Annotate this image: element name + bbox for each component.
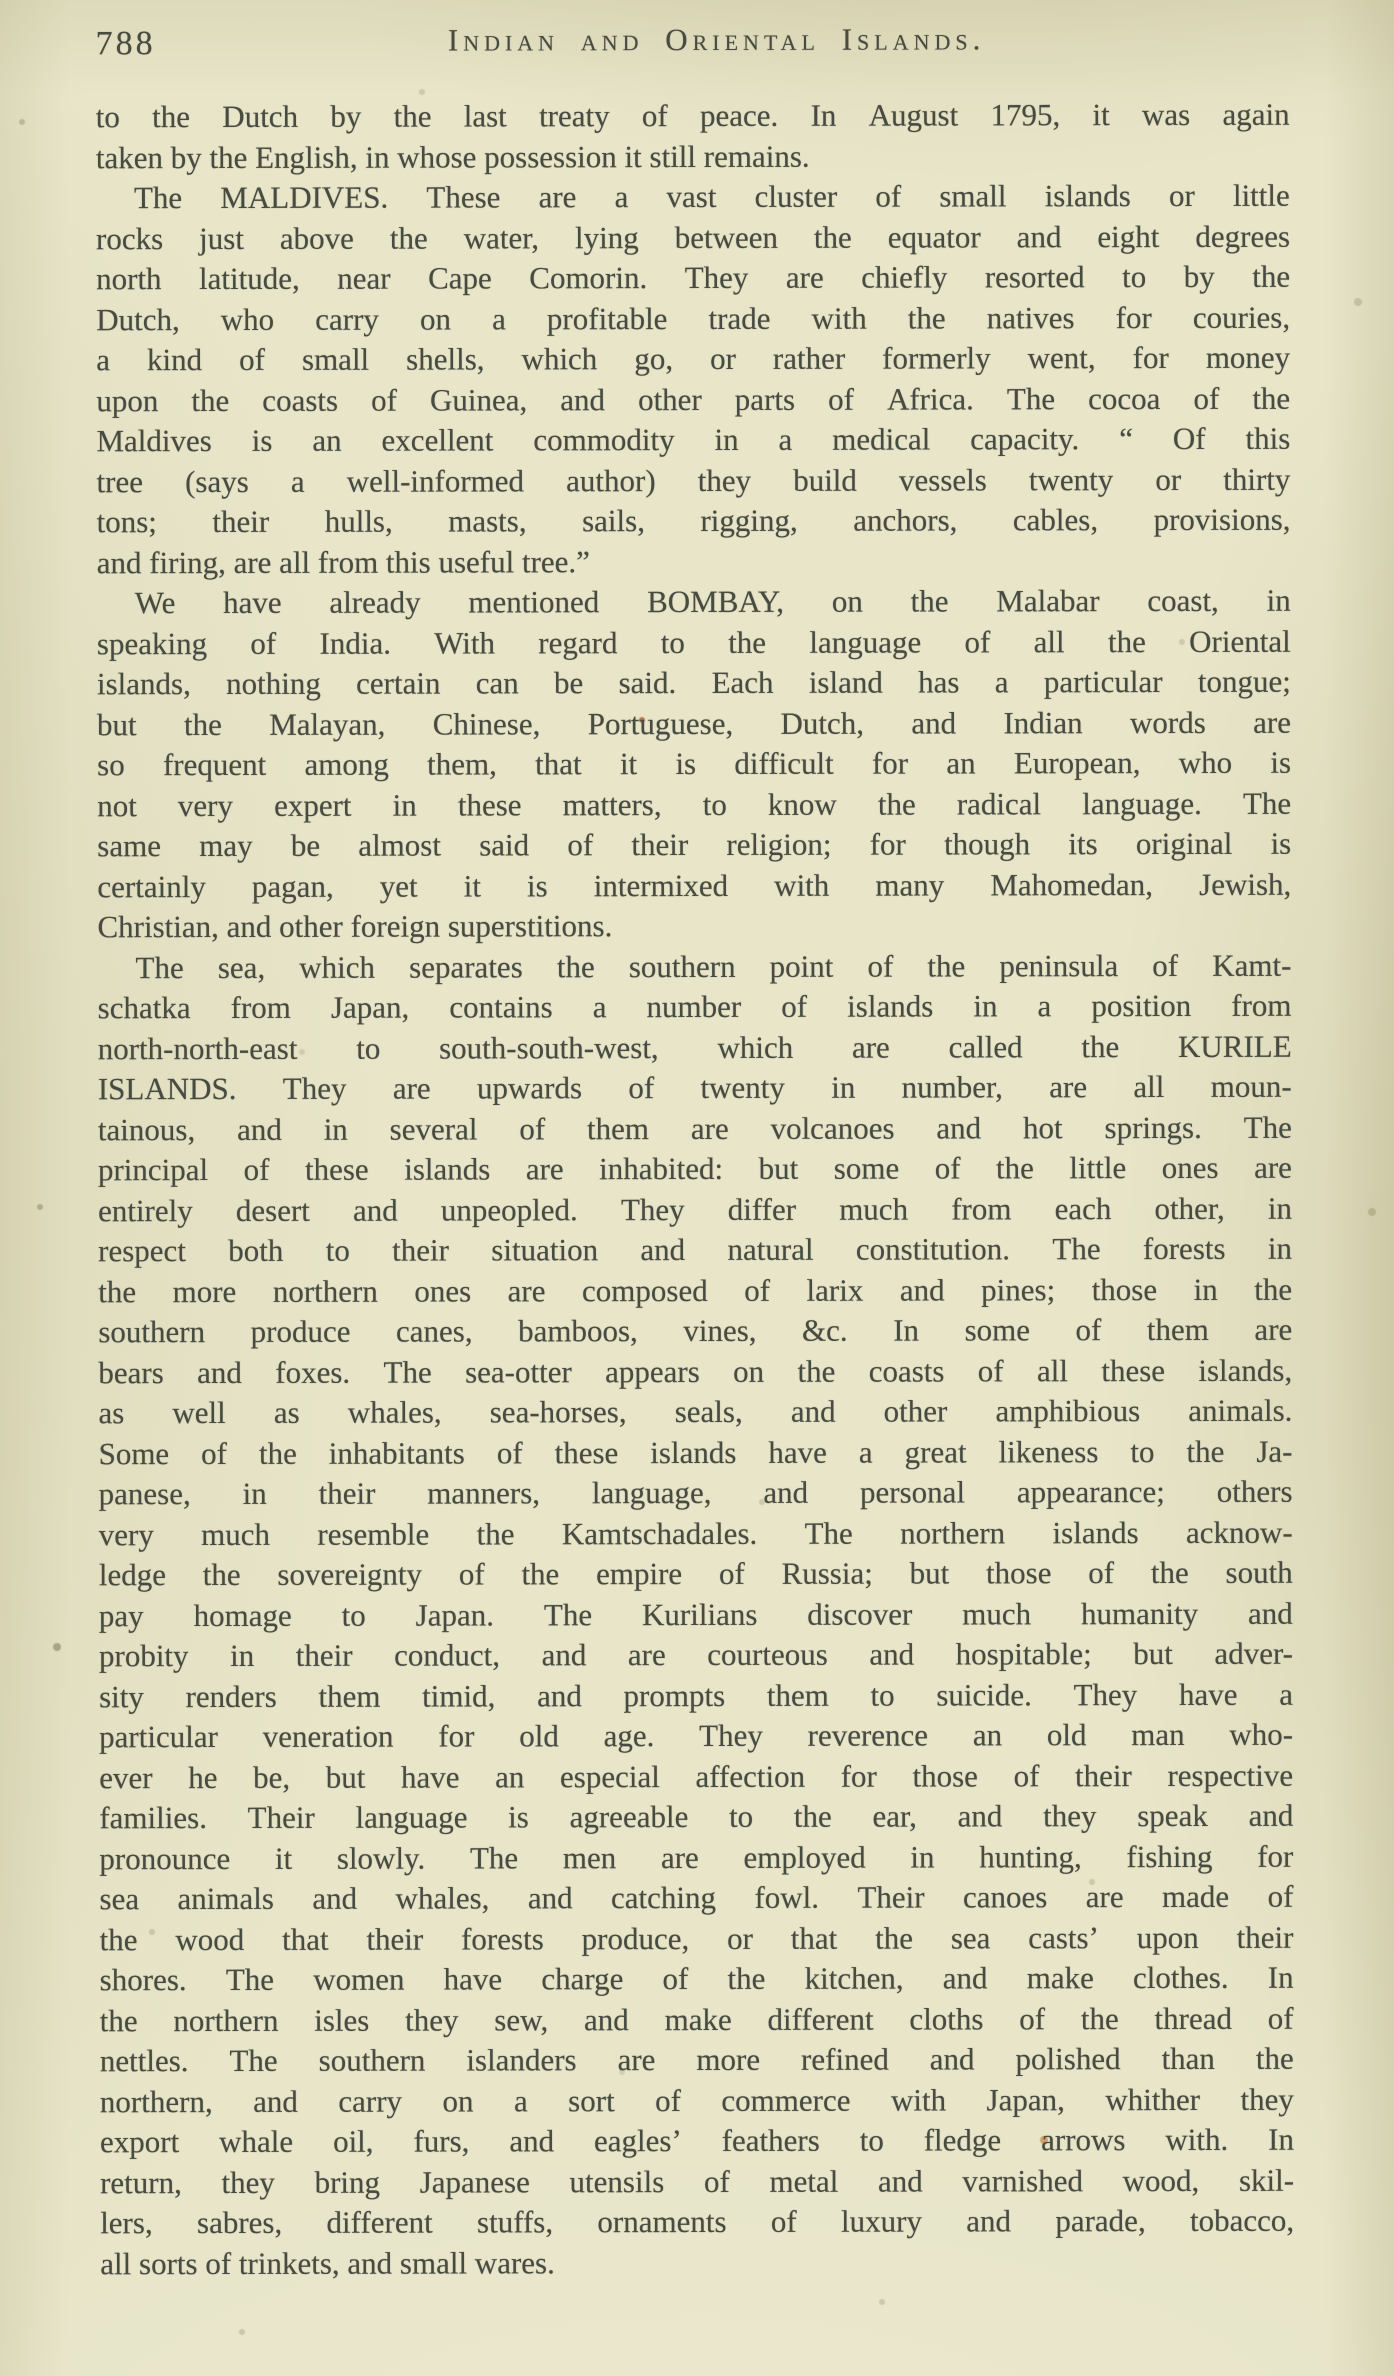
word: export	[100, 2122, 179, 2163]
word: speak	[1137, 1796, 1208, 1837]
word: The	[229, 2041, 277, 2082]
word: though	[944, 824, 1030, 865]
word: and	[353, 1190, 398, 1231]
text-line: return,theybringJapaneseutensilsofmetala…	[100, 2160, 1294, 2203]
word: Japan.	[416, 1595, 494, 1636]
word: their	[212, 502, 269, 543]
word: or	[727, 1918, 753, 1959]
word: ever	[99, 1758, 152, 1799]
word: adver-	[1214, 1634, 1293, 1675]
word: Jewish,	[1199, 864, 1291, 905]
word: pagan,	[252, 866, 334, 907]
word: certainly	[97, 867, 206, 908]
word: springs.	[1104, 1107, 1201, 1148]
word: kitchen,	[805, 1959, 904, 2000]
word: inhabitants	[329, 1433, 465, 1474]
word: their	[296, 1636, 353, 1677]
text-line: aswellaswhales,sea-horses,seals,andother…	[98, 1391, 1292, 1434]
word: moun-	[1211, 1067, 1292, 1108]
word: small	[939, 176, 1006, 217]
word: intermixed	[594, 865, 728, 906]
word: small	[302, 340, 369, 381]
word: composed	[582, 1270, 708, 1311]
word: European,	[1014, 743, 1141, 784]
word: of	[642, 96, 668, 137]
word: a	[291, 461, 305, 502]
word: are	[786, 258, 824, 299]
word: more	[173, 1271, 237, 1312]
word: appearance;	[1017, 1472, 1165, 1513]
word: of	[1268, 1877, 1294, 1918]
word: Of	[1173, 419, 1206, 460]
word: north-north-east	[98, 1028, 298, 1069]
page-content: 788 Indian and Oriental Islands. totheDu…	[0, 0, 1394, 2376]
word: their	[392, 1231, 449, 1272]
word: that	[791, 1918, 838, 1959]
word: great	[905, 1432, 967, 1473]
word: amphibious	[995, 1391, 1140, 1432]
word: Cape	[428, 258, 492, 299]
word: northern,	[100, 2082, 213, 2123]
word: radical	[957, 784, 1041, 825]
word: pay	[99, 1596, 144, 1637]
word: forests	[461, 1919, 544, 1960]
word: northern	[173, 2000, 278, 2041]
word: Japanese	[420, 2162, 530, 2203]
word: money	[1206, 338, 1290, 379]
word: is	[1271, 824, 1292, 865]
word: the	[814, 217, 852, 258]
word: much	[962, 1594, 1031, 1635]
word: shores.	[100, 1960, 187, 2001]
word: carry	[315, 299, 379, 340]
word: they	[1240, 2079, 1293, 2120]
word: a	[96, 340, 110, 381]
word: lers,	[100, 2203, 153, 2244]
word: is	[508, 1797, 529, 1838]
word: regard	[538, 623, 617, 664]
word: Malayan,	[269, 704, 385, 745]
word: those	[1092, 1270, 1158, 1311]
word: said	[479, 825, 529, 866]
word: the	[1254, 1269, 1292, 1310]
word: the	[927, 946, 965, 987]
word: discover	[807, 1594, 912, 1635]
word: formerly	[882, 338, 991, 379]
word: may	[199, 826, 252, 867]
word: it	[464, 866, 481, 907]
word: Their	[857, 1878, 924, 1919]
word: of	[704, 2161, 730, 2202]
word: the	[911, 581, 949, 622]
word: These	[426, 177, 500, 218]
word: and	[509, 2121, 554, 2162]
word: but	[97, 705, 137, 746]
word: of	[1193, 378, 1219, 419]
word: Ja-	[1256, 1431, 1292, 1472]
word: the	[1186, 1431, 1224, 1472]
text-line: Thesea,whichseparatesthesouthernpointoft…	[97, 945, 1291, 988]
word: islands	[847, 987, 933, 1028]
word: parade,	[1055, 2201, 1145, 2242]
word: and	[640, 1230, 685, 1271]
word: position	[1091, 986, 1191, 1027]
word: of	[1014, 1756, 1040, 1797]
word: lying	[575, 218, 639, 259]
word: much	[839, 1189, 908, 1230]
word: situation	[491, 1230, 598, 1271]
word: of	[519, 1109, 545, 1150]
word: little	[1233, 176, 1290, 217]
word: the	[100, 2001, 138, 2042]
word: Comorin.	[529, 258, 647, 299]
word: the	[1081, 1999, 1119, 2040]
word: and	[958, 1796, 1003, 1837]
word: of	[1019, 1999, 1045, 2040]
word: water,	[464, 218, 539, 259]
word: an	[312, 421, 341, 462]
word: all	[1034, 622, 1065, 663]
word: Indian	[1003, 703, 1082, 744]
word: in	[1268, 1188, 1292, 1229]
word: and	[878, 2161, 923, 2202]
word: have	[401, 1757, 460, 1798]
word: Russia;	[782, 1554, 873, 1595]
text-line: lers,sabres,differentstuffs,ornamentsofl…	[100, 2201, 1294, 2244]
text-line: buttheMalayan,Chinese,Portuguese,Dutch,a…	[97, 702, 1291, 745]
word: not	[97, 786, 137, 827]
word: peninsula	[999, 946, 1118, 987]
word: Guinea,	[430, 380, 527, 421]
word: man	[1131, 1715, 1184, 1756]
word: schatka	[98, 988, 191, 1029]
word: religion;	[726, 825, 831, 866]
text-line: shores.Thewomenhavechargeofthekitchen,an…	[100, 1958, 1294, 2001]
word: bamboos,	[518, 1311, 638, 1352]
word: pronounce	[99, 1838, 230, 1879]
word: profitable	[547, 299, 668, 340]
word: sea	[99, 1879, 139, 1920]
text-line: sityrendersthemtimid,andpromptsthemtosui…	[99, 1674, 1293, 1717]
word: and	[791, 1392, 836, 1433]
word: of	[371, 380, 397, 421]
word: and	[537, 1676, 582, 1717]
text-line: WehavealreadymentionedBOMBAY,ontheMalaba…	[97, 581, 1291, 624]
word: to	[703, 784, 727, 825]
word: from	[1231, 986, 1291, 1027]
text-line: northlatitude,nearCapeComorin.Theyarechi…	[96, 257, 1290, 300]
word: treaty	[539, 96, 610, 137]
word: In	[893, 1311, 919, 1352]
word: seals,	[675, 1392, 743, 1433]
word: sea,	[218, 947, 265, 988]
word: they	[221, 2162, 274, 2203]
word: for	[1116, 298, 1152, 339]
word: and	[560, 380, 605, 421]
word: all	[1037, 1351, 1068, 1392]
word: and	[943, 1958, 988, 1999]
word: the	[1108, 622, 1146, 663]
word: the	[908, 298, 946, 339]
word: anchors,	[853, 500, 957, 541]
word: an	[495, 1757, 524, 1798]
word: hulls,	[325, 502, 393, 543]
word: India.	[319, 623, 391, 664]
word: between	[675, 217, 778, 258]
word: couries,	[1193, 297, 1290, 338]
word: MALDIVES.	[220, 178, 388, 219]
word: near	[337, 259, 390, 300]
word: oil,	[333, 2122, 374, 2163]
word: Oriental	[1189, 621, 1291, 662]
word: islands,	[1198, 1350, 1292, 1391]
word: words	[1130, 702, 1206, 743]
word: medical	[832, 420, 930, 461]
word: matters,	[563, 785, 662, 826]
word: or	[1155, 459, 1181, 500]
word: resemble	[317, 1514, 429, 1555]
word: particular	[1044, 662, 1163, 703]
word: north	[96, 259, 162, 300]
word: Kamtschadales.	[562, 1513, 757, 1554]
word: in	[324, 1109, 348, 1150]
word: northern	[273, 1271, 378, 1312]
word: Dutch,	[780, 703, 864, 744]
word: each	[1055, 1189, 1112, 1230]
word: vast	[666, 177, 716, 218]
word: degrees	[1195, 216, 1290, 257]
word: the	[521, 1554, 559, 1595]
word: sovereignty	[277, 1555, 422, 1596]
word: luxury	[841, 2202, 922, 2243]
word: the	[1252, 378, 1290, 419]
word: whales,	[395, 1878, 489, 1919]
word: is	[252, 421, 273, 462]
word: these	[555, 1433, 619, 1474]
word: and	[966, 2201, 1011, 2242]
word: them	[318, 1676, 380, 1717]
word: veneration	[263, 1717, 394, 1758]
word: islands	[404, 1149, 490, 1190]
word: called	[949, 1027, 1023, 1068]
word: of	[655, 2081, 681, 2122]
text-line: northern,andcarryonasortofcommercewithJa…	[100, 2079, 1294, 2122]
word: are	[628, 1635, 666, 1676]
word: are	[1254, 1148, 1292, 1189]
word: return,	[100, 2163, 182, 2204]
word: was	[1142, 95, 1190, 136]
word: humanity	[1081, 1593, 1198, 1634]
word: tree	[96, 462, 143, 503]
word: inhabited:	[599, 1149, 723, 1190]
word: nothing	[226, 664, 321, 705]
text-line: thewoodthattheirforestsproduce,orthatthe…	[100, 1917, 1294, 1960]
word: who	[1179, 743, 1232, 784]
word: for	[438, 1716, 474, 1757]
word: likeness	[998, 1432, 1098, 1473]
text-line: principaloftheseislandsareinhabited:buts…	[98, 1148, 1292, 1191]
word: the	[996, 1148, 1034, 1189]
word: old	[1047, 1715, 1087, 1756]
text-line: payhomagetoJapan.TheKuriliansdiscovermuc…	[99, 1593, 1293, 1636]
text-line: Someoftheinhabitantsoftheseislandshaveag…	[99, 1431, 1293, 1474]
word: language	[809, 622, 921, 663]
word: ones	[414, 1271, 471, 1312]
word: different	[767, 1999, 873, 2040]
word: to	[860, 2121, 884, 2162]
word: Dutch,	[96, 300, 180, 341]
text-line: pronounceitslowly.Themenareemployedinhun…	[99, 1836, 1293, 1879]
word: on	[733, 1351, 764, 1392]
word: respective	[1167, 1755, 1293, 1796]
word: capacity.	[970, 419, 1079, 460]
text-line: TheMALDIVES.Theseareavastclusterofsmalli…	[96, 176, 1290, 219]
word: KURILE	[1178, 1026, 1292, 1067]
word: tongue;	[1198, 662, 1291, 703]
word: The	[805, 1513, 853, 1554]
word: expert	[274, 785, 352, 826]
word: with.	[1165, 2120, 1228, 2161]
word: In	[1268, 2120, 1294, 2161]
word: of	[1075, 1310, 1101, 1351]
text-line: Christian, and other foreign superstitio…	[97, 905, 1291, 948]
word: panese,	[99, 1474, 191, 1515]
word: is	[1270, 743, 1291, 784]
text-line: exportwhaleoil,furs,andeagles’feathersto…	[100, 2120, 1294, 2163]
word: its	[1068, 824, 1097, 865]
text-line: uponthecoastsofGuinea,andotherpartsofAfr…	[96, 378, 1290, 421]
word: and	[237, 1109, 282, 1150]
text-line: rocksjustabovethewater,lyingbetweentheeq…	[96, 216, 1290, 259]
word: varnished	[962, 2161, 1083, 2202]
word: unpeopled.	[441, 1190, 578, 1231]
word: volcanoes	[771, 1108, 895, 1149]
word: their	[319, 1474, 376, 1515]
word: are	[508, 1271, 546, 1312]
word: homage	[194, 1595, 292, 1636]
word: August	[869, 95, 959, 136]
word: they	[698, 460, 751, 501]
text-line: nettles.Thesouthernislandersaremorerefin…	[100, 2039, 1294, 2082]
word: all	[1133, 1067, 1164, 1108]
word: upon	[1137, 1917, 1199, 1958]
word: them	[1147, 1310, 1209, 1351]
word: are	[1253, 702, 1291, 743]
word: forests	[1143, 1229, 1226, 1270]
word: the	[100, 1920, 138, 1961]
word: mentioned	[468, 582, 599, 623]
word: the	[191, 380, 229, 421]
word: on	[420, 299, 451, 340]
word: desert	[236, 1190, 310, 1231]
word: tainous,	[98, 1110, 195, 1151]
word: have	[1179, 1674, 1238, 1715]
word: of	[567, 825, 593, 866]
word: who	[221, 299, 274, 340]
word: contains	[449, 987, 552, 1028]
word: age.	[604, 1716, 655, 1757]
word: for	[1133, 338, 1169, 379]
word: again	[1222, 95, 1289, 136]
word: differ	[728, 1189, 796, 1230]
word: nettles.	[100, 2041, 189, 2082]
word: has	[918, 662, 959, 703]
word: different	[326, 2203, 432, 2244]
word: coasts	[869, 1351, 945, 1392]
word: eagles’	[594, 2121, 682, 2162]
word: The	[1052, 1229, 1100, 1270]
text-line: themorenorthernonesarecomposedoflarixand…	[98, 1269, 1292, 1312]
word: They	[621, 1190, 685, 1231]
word: author)	[566, 461, 656, 502]
word: whither	[1105, 2079, 1200, 2120]
word: to	[661, 623, 685, 664]
word: to	[356, 1028, 380, 1069]
word: he	[188, 1758, 217, 1799]
word: They	[1074, 1675, 1138, 1716]
word: wood	[175, 1919, 244, 1960]
word: refined	[801, 2040, 889, 2081]
word: canes,	[396, 1311, 473, 1352]
word: on	[442, 2081, 473, 2122]
word: a	[1279, 1674, 1293, 1715]
word: but	[326, 1757, 366, 1798]
word: and	[312, 1879, 357, 1920]
word: animals	[177, 1879, 274, 1920]
word: several	[390, 1109, 478, 1150]
word: is	[527, 866, 548, 907]
word: The	[1243, 783, 1291, 824]
word: with	[812, 298, 867, 339]
text-line: thenorthernislestheysew,andmakedifferent…	[100, 1998, 1294, 2041]
word: commerce	[721, 2080, 850, 2121]
word: are	[852, 1027, 890, 1068]
word: bears	[98, 1353, 163, 1394]
word: natives	[987, 298, 1075, 339]
word: of	[459, 1554, 485, 1595]
word: of	[250, 623, 276, 664]
text-line: and firing, are all from this useful tre…	[97, 540, 1291, 583]
word: in	[910, 1837, 934, 1878]
word: In	[811, 96, 837, 137]
word: charge	[541, 1959, 623, 2000]
word: are	[526, 1149, 564, 1190]
word: be,	[253, 1757, 290, 1798]
word: these	[305, 1150, 369, 1191]
word: number,	[902, 1067, 1003, 1108]
word: it	[620, 744, 637, 785]
word: those	[986, 1553, 1052, 1594]
text-line: ledgethesovereigntyoftheempireofRussia;b…	[99, 1553, 1293, 1596]
word: the	[477, 1514, 515, 1555]
word: those	[912, 1756, 978, 1797]
word: the	[203, 1555, 241, 1596]
word: in	[1268, 1229, 1292, 1270]
word: in	[243, 1474, 267, 1515]
word: provisions,	[1154, 500, 1291, 541]
word: of	[781, 987, 807, 1028]
word: other,	[1154, 1188, 1224, 1229]
word: ornaments	[597, 2202, 726, 2243]
word: it	[1092, 95, 1109, 136]
word: very	[178, 785, 233, 826]
word: Their	[248, 1798, 315, 1839]
word: The	[135, 948, 183, 989]
word: sea-horses,	[490, 1392, 627, 1433]
text-line: north-north-easttosouth-south-west,which…	[98, 1026, 1292, 1069]
text-line: speakingofIndia.Withregardtothelanguageo…	[97, 621, 1291, 664]
word: than	[1162, 2039, 1215, 2080]
